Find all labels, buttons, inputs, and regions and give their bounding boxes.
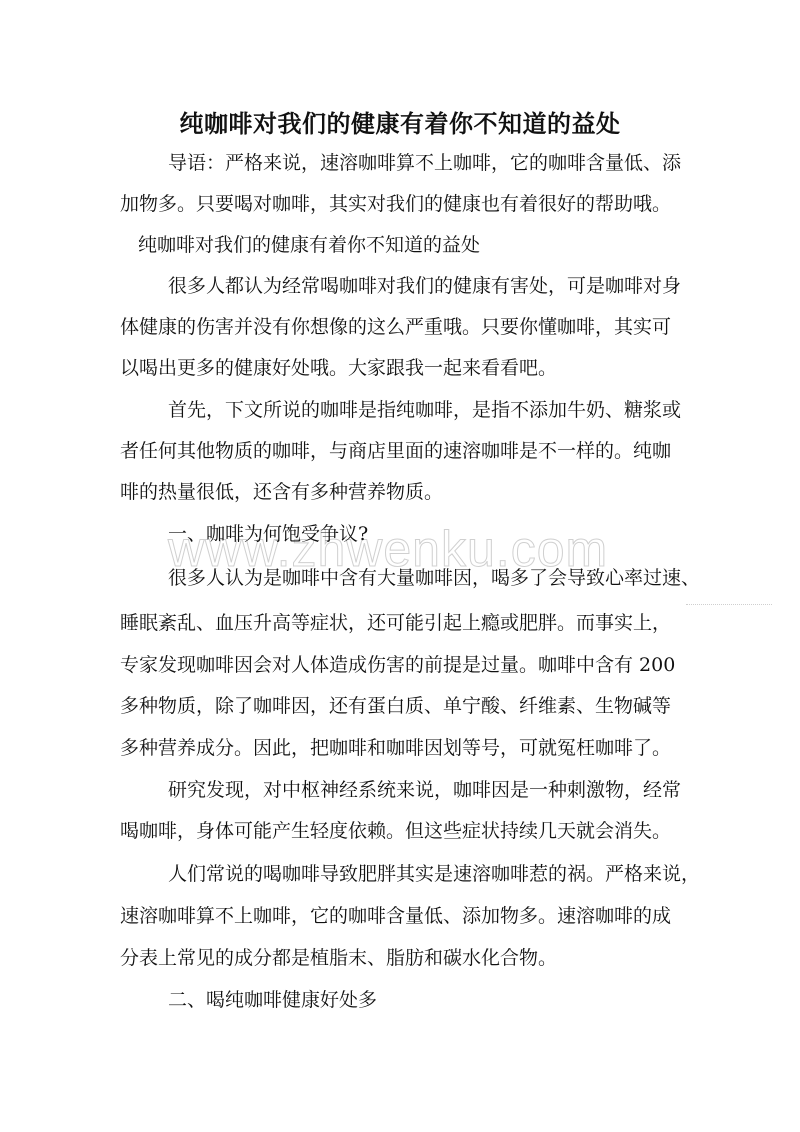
section-heading: 一、咖啡为何饱受争议? bbox=[168, 522, 368, 546]
text-line: 纯咖啡对我们的健康有着你不知道的益处 bbox=[138, 233, 480, 257]
text-line: 导语：严格来说，速溶咖啡算不上咖啡，它的咖啡含量低、添 bbox=[168, 151, 681, 175]
text-line: 加物多。只要喝对咖啡，其实对我们的健康也有着很好的帮助哦。 bbox=[120, 192, 671, 216]
text-line: 喝咖啡，身体可能产生轻度依赖。但这些症状持续几天就会消失。 bbox=[120, 819, 671, 843]
text-line: 研究发现，对中枢神经系统来说，咖啡因是一种刺激物，经常 bbox=[168, 778, 681, 802]
section-heading: 二、喝纯咖啡健康好处多 bbox=[168, 988, 377, 1012]
text-line: 睡眠紊乱、血压升高等症状，还可能引起上瘾或肥胖。而事实上， bbox=[120, 611, 671, 635]
text-line: 多种营养成分。因此，把咖啡和咖啡因划等号，可就冤枉咖啡了。 bbox=[120, 736, 671, 760]
text-line: 首先，下文所说的咖啡是指纯咖啡，是指不添加牛奶、糖浆或 bbox=[168, 398, 681, 422]
text-line: 体健康的伤害并没有你想像的这么严重哦。只要你懂咖啡，其实可 bbox=[120, 315, 671, 339]
text-line: 啡的热量很低，还含有多种营养物质。 bbox=[120, 480, 443, 504]
text-line: 人们常说的喝咖啡导致肥胖其实是速溶咖啡惹的祸。严格来说， bbox=[168, 862, 700, 886]
text-line: 分表上常见的成分都是植脂末、脂肪和碳水化合物。 bbox=[120, 946, 557, 970]
document-title: 纯咖啡对我们的健康有着你不知道的益处 bbox=[0, 104, 800, 139]
dotted-mark bbox=[686, 604, 772, 605]
text-line: 很多人认为是咖啡中含有大量咖啡因，喝多了会导致心率过速、 bbox=[168, 566, 700, 590]
text-line: 多种物质，除了咖啡因，还有蛋白质、单宁酸、纤维素、生物碱等 bbox=[120, 694, 671, 718]
text-line: 者任何其他物质的咖啡，与商店里面的速溶咖啡是不一样的。纯咖 bbox=[120, 439, 671, 463]
text-line: 以喝出更多的健康好处哦。大家跟我一起来看看吧。 bbox=[120, 356, 557, 380]
text-line: 专家发现咖啡因会对人体造成伤害的前提是过量。咖啡中含有 200 bbox=[120, 653, 675, 677]
text-line: 很多人都认为经常喝咖啡对我们的健康有害处，可是咖啡对身 bbox=[168, 274, 681, 298]
text-line: 速溶咖啡算不上咖啡，它的咖啡含量低、添加物多。速溶咖啡的成 bbox=[120, 904, 671, 928]
